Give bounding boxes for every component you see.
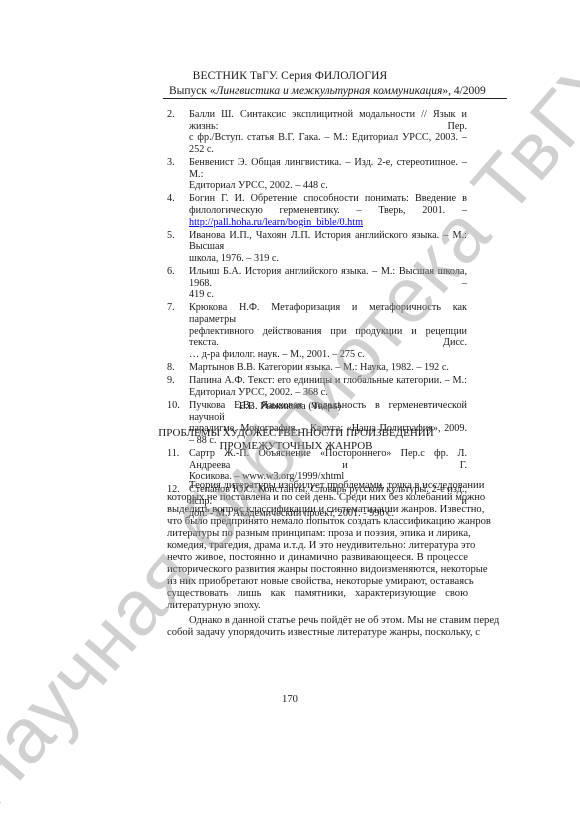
reference-number: 8. [167,362,175,374]
article-title: ПРОБЛЕМЫ ХУДОЖЕСТВЕННОСТИ ПРОИЗВЕДЕНИЙ П… [0,427,580,453]
reference-list: 2.Балли Ш. Синтаксис эксплицитной модаль… [167,109,467,521]
reference-text-line: Едиториал УРСС, 2002. – 448 с. [189,180,467,192]
paragraph-line: Теория литературы изобилует проблемами, … [167,480,468,492]
reference-item: 3.Бенвенист Э. Общая лингвистика. – Изд.… [167,157,467,192]
issue-suffix: », 4/2009 [442,85,485,97]
reference-item: 11.Сартр Ж.-П. Объяснение «Постороннего»… [167,448,467,483]
reference-number: 4. [167,193,175,205]
reference-link[interactable]: http://pall.hoha.ru/learn/bogin_bible/0.… [189,217,363,228]
journal-title: ВЕСТНИК ТвГУ. Серия ФИЛОЛОГИЯ [0,70,580,82]
reference-number: 6. [167,266,175,278]
paragraph-line: что было предпринято немало попыток созд… [167,516,468,528]
paragraph-line: нечто живое, постоянно и динамично разви… [167,552,468,564]
reference-number: 3. [167,157,175,169]
paragraph: Однако в данной статье речь пойдёт не об… [167,615,468,639]
reference-text-line: с фр./Вступ. статья В.Г. Гака. – М.: Еди… [189,132,467,155]
paragraph-line: из них приобретают новые свойства, некот… [167,576,468,588]
issue-series-name: Лингвистика и межкультурная коммуникация [216,85,443,97]
reference-item: 6.Ильиш Б.А. История английского языка. … [167,266,467,301]
reference-item: 5.Иванова И.П., Чахоян Л.П. История англ… [167,230,467,265]
issue-prefix: Выпуск « [169,85,216,97]
reference-text-line: Папина А.Ф. Текст: его единицы и глобаль… [189,375,467,387]
reference-number: 7. [167,302,175,314]
reference-text-line: Иванова И.П., Чахоян Л.П. История англий… [189,230,467,253]
article-author: Е.В. Рыжикова (Тверь) [0,401,580,412]
page-number: 170 [0,694,580,705]
paragraph-line: выделить вопрос классификации и системат… [167,504,468,516]
paragraph-line: комедия, трагедия, драма и.т.д. И это не… [167,540,468,552]
document-page: ВЕСТНИК ТвГУ. Серия ФИЛОЛОГИЯ Выпуск «Ли… [0,0,580,820]
paragraph-line: собой задачу упорядочить известные литер… [167,627,468,639]
paragraph-line: существовать лишь как памятники, характе… [167,588,468,600]
reference-text-line: Богин Г. И. Обретение способности понима… [189,193,467,205]
reference-text-line: Едиториал УРСС, 2002. – 368 с. [189,387,467,399]
reference-number: 2. [167,109,175,121]
reference-number: 9. [167,375,175,387]
paragraph-line: литературную эпоху. [167,600,468,612]
paragraph-line: которых не поставлена и по сей день. Сре… [167,492,468,504]
reference-number: 5. [167,230,175,242]
paragraph-line: исторического развития жанры постоянно в… [167,564,468,576]
article-body: Теория литературы изобилует проблемами, … [167,480,468,639]
paragraph-line: Однако в данной статье речь пойдёт не об… [167,615,468,627]
article-title-line-1: ПРОБЛЕМЫ ХУДОЖЕСТВЕННОСТИ ПРОИЗВЕДЕНИЙ [12,427,580,440]
reference-text-line: Ильиш Б.А. История английского языка. – … [189,266,467,289]
reference-text-line: Балли Ш. Синтаксис эксплицитной модально… [189,109,467,132]
reference-text-line: Бенвенист Э. Общая лингвистика. – Изд. 2… [189,157,467,180]
paragraph-line: литературы по разным принципам: проза и … [167,528,468,540]
issue-line: Выпуск «Лингвистика и межкультурная комм… [163,85,507,99]
reference-item: 9.Папина А.Ф. Текст: его единицы и глоба… [167,375,467,398]
reference-text-line: Крюкова Н.Ф. Метафоризация и метафорично… [189,302,467,325]
reference-text-line: … д-ра филолг. наук. – М., 2001. – 275 с… [189,349,467,361]
reference-item: 2.Балли Ш. Синтаксис эксплицитной модаль… [167,109,467,155]
reference-text-line: Мартынов В.В. Категории языка. – М.: Нау… [189,362,467,374]
reference-text-line: рефлективного действования при продукции… [189,326,467,349]
article-title-line-2: ПРОМЕЖУТОЧНЫХ ЖАНРОВ [12,440,580,453]
reference-item: 4.Богин Г. И. Обретение способности пони… [167,193,467,228]
reference-item: 7.Крюкова Н.Ф. Метафоризация и метафорич… [167,302,467,360]
reference-text-line: школа, 1976. – 319 с. [189,253,467,265]
reference-text-line: филологическую герменевтику. – Тверь, 20… [189,205,467,217]
paragraph: Теория литературы изобилует проблемами, … [167,480,468,613]
reference-item: 8.Мартынов В.В. Категории языка. – М.: Н… [167,362,467,374]
reference-text-line: 419 с. [189,289,467,301]
